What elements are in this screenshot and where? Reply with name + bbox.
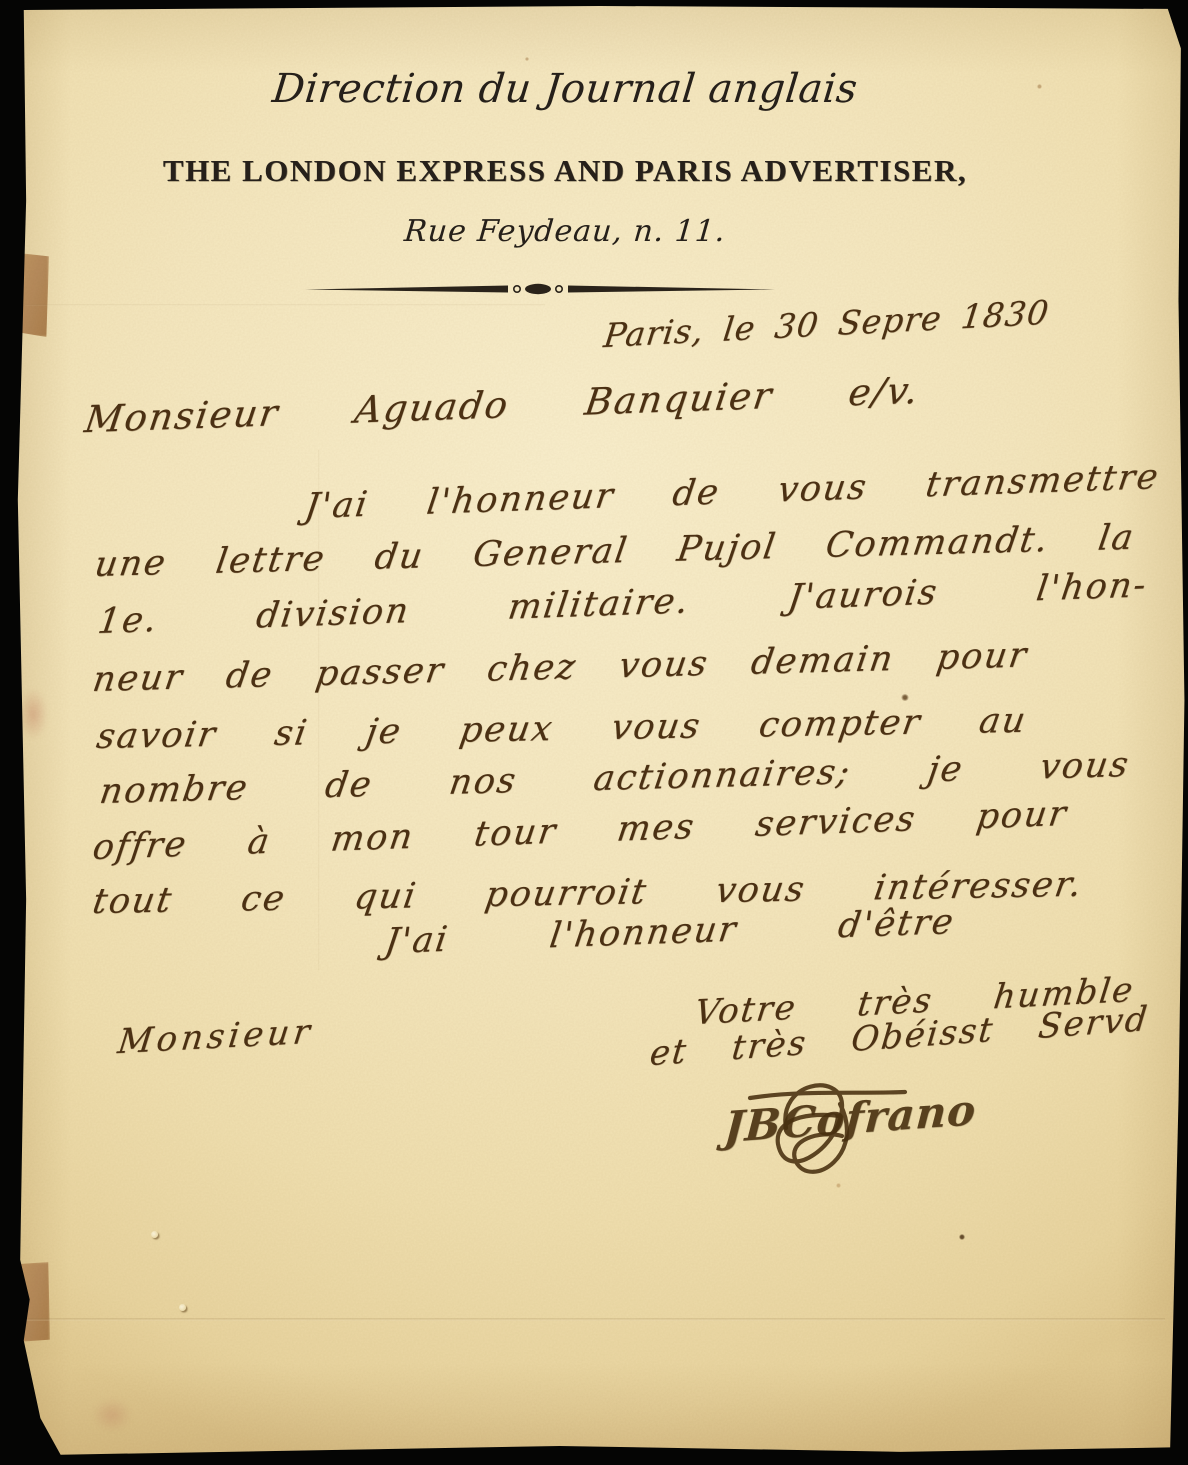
photo-background: Direction du Journal anglais THE LONDON … bbox=[0, 0, 1188, 1465]
signature: JBCofrano bbox=[690, 1068, 1120, 1193]
pin-mark bbox=[179, 1304, 186, 1311]
letterhead-tagline: Direction du Journal anglais bbox=[0, 66, 1132, 112]
body-line: savoir si je peux vous compter au bbox=[94, 701, 1030, 757]
fold-crease-faint bbox=[25, 304, 545, 306]
red-smudge-stain bbox=[18, 688, 48, 740]
fold-crease-horizontal bbox=[25, 1318, 1165, 1321]
letterhead-title: THE LONDON EXPRESS AND PARIS ADVERTISER, bbox=[0, 153, 1130, 189]
fox-spot bbox=[959, 1234, 965, 1240]
dateline: Paris, le 30 Sepre 1830 bbox=[602, 293, 1052, 356]
body-line: neur de passer chez vous demain pour bbox=[90, 635, 1031, 700]
fox-spot bbox=[901, 694, 909, 701]
faint-stain bbox=[92, 1398, 132, 1432]
letterhead-address: Rue Feydeau, n. 11. bbox=[0, 214, 1132, 249]
recipient-repeat: Monsieur bbox=[116, 1012, 316, 1063]
tape-stain-bottom bbox=[15, 1262, 50, 1342]
body-line: J'ai l'honneur de vous transmettre bbox=[302, 457, 1162, 527]
letter-paper: Direction du Journal anglais THE LONDON … bbox=[0, 0, 1188, 1465]
fox-spot bbox=[525, 57, 529, 61]
letterhead-divider-ornament bbox=[305, 278, 775, 300]
tape-stain-top bbox=[16, 253, 49, 337]
salutation-line: Monsieur Aguado Banquier e/v. bbox=[82, 369, 923, 441]
pin-mark bbox=[151, 1231, 158, 1238]
